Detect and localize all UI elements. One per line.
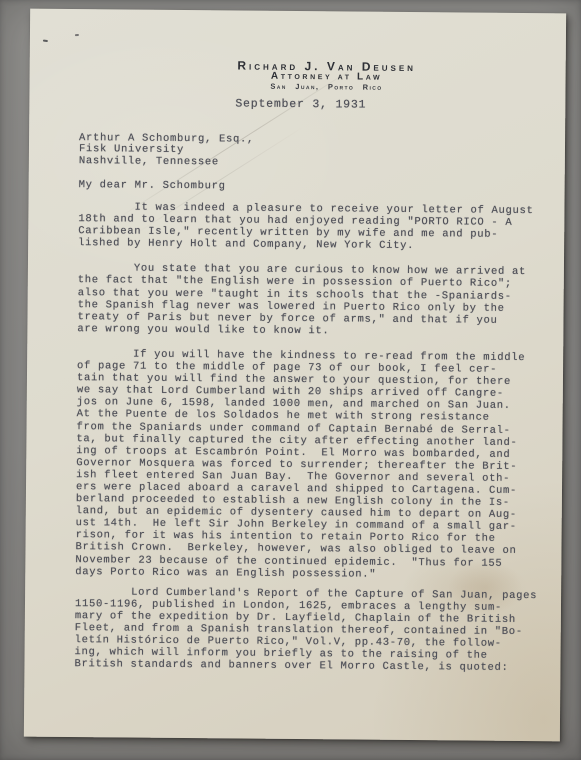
salutation: My dear Mr. Schomburg (79, 179, 226, 192)
ink-smudge-mark (43, 39, 48, 42)
letter-paragraph-3: If you will have the kindness to re-read… (75, 348, 539, 582)
letterhead: Richard J. Van Deusen Attorney at Law Sa… (186, 60, 466, 92)
letterhead-location: San Juan, Porto Rico (186, 81, 466, 92)
ink-smudge-mark (75, 34, 79, 36)
recipient-address: Arthur A Schomburg, Esq., Fisk Universit… (79, 133, 254, 169)
letter-paragraph-4: Lord Cumberland's Report of the Capture … (74, 586, 537, 675)
letter-body: It was indeed a pleasure to receive your… (74, 201, 540, 687)
letter-page: Richard J. Van Deusen Attorney at Law Sa… (24, 9, 566, 742)
letter-paragraph-1: It was indeed a pleasure to receive your… (78, 201, 540, 253)
letter-paragraph-2: You state that you are curious to know h… (77, 262, 540, 339)
date-line: September 3, 1931 (235, 97, 366, 111)
